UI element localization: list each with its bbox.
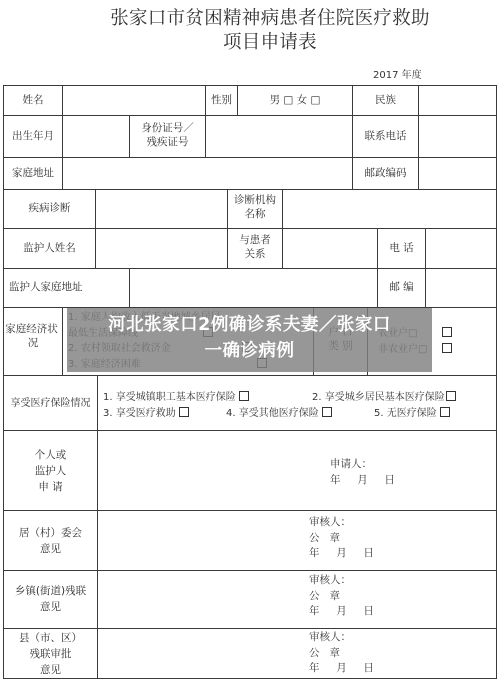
insurance-option-2[interactable]: 2. 享受城乡居民基本医疗保险 (312, 388, 456, 403)
relation-label: 与患者 关系 (227, 228, 283, 269)
id-label-line1: 身份证号／ (130, 122, 205, 136)
headline-line1: 河北张家口2例确诊系夫妻／张家口 (67, 312, 432, 338)
insurance-option-4-checkbox[interactable] (322, 407, 332, 417)
gender-label: 性别 (205, 85, 238, 116)
year-label: 2017 年度 (373, 66, 422, 81)
county-field[interactable] (97, 628, 497, 679)
county-label-line3: 意见 (4, 662, 97, 678)
applicant-label-line2: 监护人 (4, 463, 97, 479)
village-committee-label: 居（村）委会 意见 (3, 510, 98, 571)
village-committee-field[interactable] (97, 510, 497, 571)
guardian-address-field[interactable] (129, 268, 378, 308)
birth-field[interactable] (62, 115, 130, 158)
headline-overlay: 河北张家口2例确诊系夫妻／张家口 一确诊病例 (67, 312, 432, 364)
phone-field[interactable] (418, 115, 497, 158)
insurance-option-3[interactable]: 3. 享受医疗救助 (103, 404, 189, 419)
guardian-name-field[interactable] (95, 228, 228, 269)
guardian-postcode-label: 邮 编 (377, 268, 426, 308)
insurance-option-2-checkbox[interactable] (446, 391, 456, 401)
county-label-line1: 县（市、区） (4, 630, 97, 646)
economy-label: 家庭经济状 况 (3, 307, 63, 376)
phone-label: 联系电话 (352, 115, 419, 158)
county-label: 县（市、区） 残联审批 意见 (3, 628, 98, 679)
id-number-field[interactable] (205, 115, 353, 158)
township-review-signature: 审核人： 公 章 年 月 日 (309, 573, 374, 620)
insurance-option-5-checkbox[interactable] (440, 407, 450, 417)
institution-label-line1: 诊断机构 (228, 194, 282, 208)
address-label: 家庭地址 (3, 157, 63, 190)
insurance-option-1-checkbox[interactable] (239, 391, 249, 401)
guardian-postcode-field[interactable] (425, 268, 497, 308)
institution-label: 诊断机构 名称 (227, 189, 283, 229)
relation-label-line1: 与患者 (228, 234, 282, 248)
postcode-label: 邮政编码 (352, 157, 419, 190)
insurance-option-3-checkbox[interactable] (179, 407, 189, 417)
insurance-option-5[interactable]: 5. 无医疗保险 (374, 404, 450, 419)
birth-label: 出生年月 (3, 115, 63, 158)
name-field[interactable] (62, 85, 206, 116)
ethnicity-field[interactable] (418, 85, 497, 116)
diagnosis-field[interactable] (95, 189, 228, 229)
headline-line2: 一确诊病例 (67, 338, 432, 364)
applicant-field[interactable] (97, 430, 497, 511)
id-label-line2: 残疾证号 (130, 136, 205, 150)
county-review-signature: 审核人： 公 章 年 月 日 (309, 630, 374, 677)
guardian-address-label: 监护人家庭地址 (3, 268, 130, 308)
economy-label-line1: 家庭经济状 (1, 323, 62, 337)
guardian-phone-label: 电 话 (377, 228, 426, 269)
guardian-name-label: 监护人姓名 (3, 228, 96, 269)
document-title-line1: 张家口市贫困精神病患者住院医疗救助 (60, 4, 480, 30)
insurance-options-cell (97, 375, 497, 431)
name-label: 姓名 (3, 85, 63, 116)
insurance-label: 享受医疗保险情况 (3, 375, 98, 431)
village-review-signature: 审核人： 公 章 年 月 日 (309, 515, 374, 562)
hukou-nonagricultural-checkbox[interactable] (442, 343, 452, 353)
hukou-agricultural-checkbox[interactable] (442, 327, 452, 337)
economy-label-line2: 况 (4, 337, 62, 351)
county-label-line2: 残联审批 (4, 646, 97, 662)
diagnosis-label: 疾病诊断 (3, 189, 96, 229)
township-field[interactable] (97, 570, 497, 629)
township-label-line1: 乡镇(街道)残联 (4, 583, 97, 599)
relation-field[interactable] (282, 228, 378, 269)
document-title-line2: 项目申请表 (60, 28, 480, 54)
applicant-label-line1: 个人或 (4, 447, 97, 463)
insurance-option-1[interactable]: 1. 享受城镇职工基本医疗保险 (103, 388, 249, 403)
applicant-label: 个人或 监护人 申 请 (3, 430, 98, 511)
id-number-label: 身份证号／ 残疾证号 (129, 115, 206, 158)
applicant-signature: 申请人： 年 月 日 (330, 457, 395, 488)
address-field[interactable] (62, 157, 353, 190)
insurance-option-4[interactable]: 4. 享受其他医疗保险 (226, 404, 332, 419)
village-label-line2: 意见 (4, 541, 97, 557)
institution-field[interactable] (282, 189, 497, 229)
township-label-line2: 意见 (4, 599, 97, 615)
ethnicity-label: 民族 (352, 85, 419, 116)
institution-label-line2: 名称 (228, 208, 282, 222)
guardian-phone-field[interactable] (425, 228, 497, 269)
postcode-field[interactable] (418, 157, 497, 190)
gender-options[interactable]: 男 □ 女 □ (237, 85, 353, 116)
township-label: 乡镇(街道)残联 意见 (3, 570, 98, 629)
village-label-line1: 居（村）委会 (4, 525, 97, 541)
applicant-label-line3: 申 请 (4, 479, 97, 495)
relation-label-line2: 关系 (228, 248, 282, 262)
